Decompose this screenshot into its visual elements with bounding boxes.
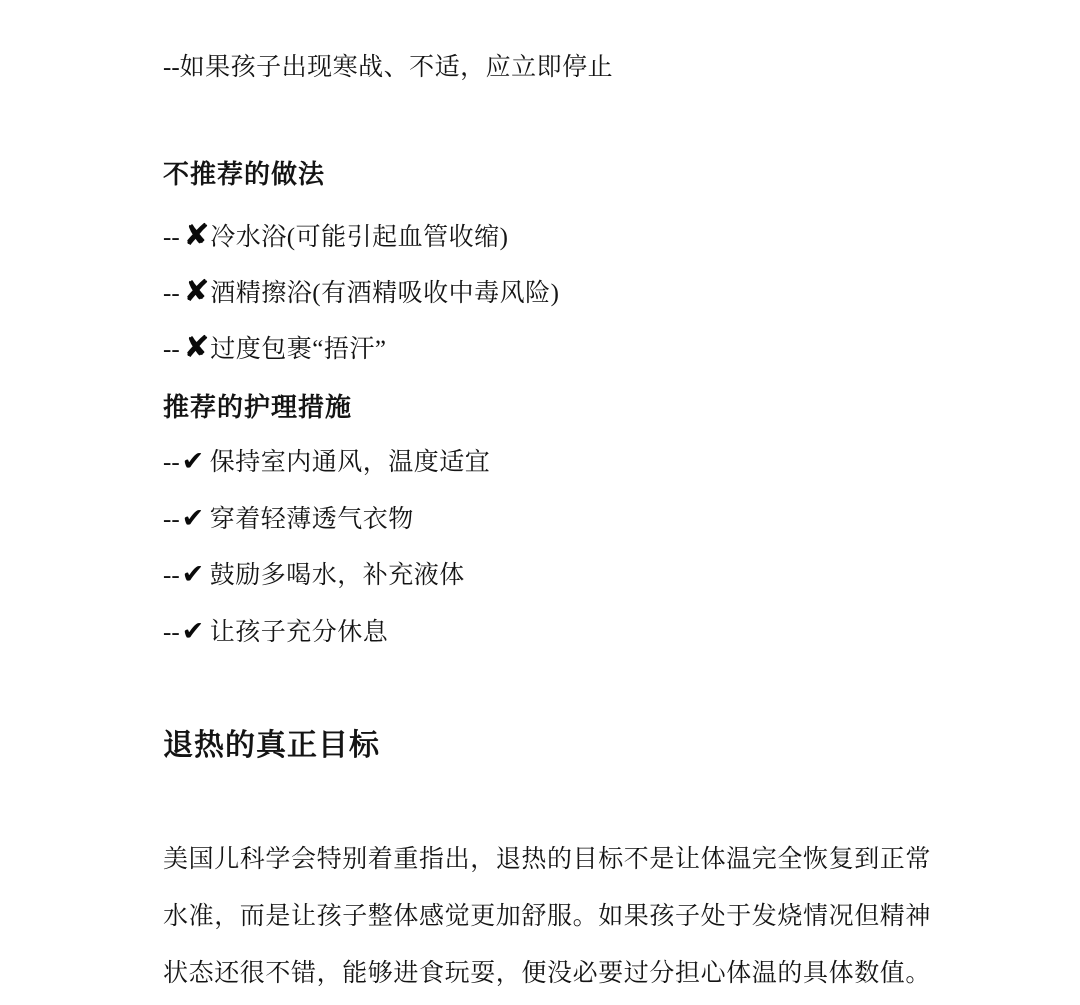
list-item-text: 鼓励多喝水，补充液体 <box>210 562 465 589</box>
dash-prefix: -- <box>163 336 180 363</box>
section-paragraph: 美国儿科学会特别着重指出，退热的目标不是让体温完全恢复到正常水准，而是让孩子整体… <box>163 831 935 1002</box>
list-item-text: 过度包裹“捂汗” <box>210 336 386 363</box>
dash-prefix: -- <box>163 619 180 646</box>
check-icon: ✔ <box>182 561 205 588</box>
list-item: --✔穿着轻薄透气衣物 <box>163 502 414 538</box>
dash-prefix: -- <box>163 562 180 589</box>
dash-prefix: -- <box>163 506 180 533</box>
list-item-text: 酒精擦浴(有酒精吸收中毒风险) <box>210 280 559 307</box>
not-recommended-heading: 不推荐的做法 <box>163 156 325 192</box>
list-item-text: 冷水浴(可能引起血管收缩) <box>210 224 508 251</box>
document-page: --如果孩子出现寒战、不适，应立即停止 不推荐的做法 --✘冷水浴(可能引起血管… <box>0 0 1080 1005</box>
list-item: --✔保持室内通风，温度适宜 <box>163 445 490 481</box>
recommended-heading: 推荐的护理措施 <box>163 389 352 425</box>
list-item: --✘过度包裹“捂汗” <box>163 332 387 368</box>
intro-line-text: 如果孩子出现寒战、不适，应立即停止 <box>180 54 614 81</box>
intro-line: --如果孩子出现寒战、不适，应立即停止 <box>163 50 613 86</box>
dash-prefix: -- <box>163 54 180 81</box>
check-icon: ✔ <box>182 505 205 532</box>
list-item: --✔鼓励多喝水，补充液体 <box>163 558 465 594</box>
section-heading: 退热的真正目标 <box>163 726 380 766</box>
list-item: --✔让孩子充分休息 <box>163 615 388 651</box>
cross-icon: ✘ <box>183 221 210 251</box>
dash-prefix: -- <box>163 449 180 476</box>
cross-icon: ✘ <box>183 277 210 307</box>
list-item-text: 保持室内通风，温度适宜 <box>210 449 491 476</box>
cross-icon: ✘ <box>183 333 210 363</box>
check-icon: ✔ <box>182 448 205 475</box>
dash-prefix: -- <box>163 280 180 307</box>
list-item: --✘酒精擦浴(有酒精吸收中毒风险) <box>163 276 559 312</box>
check-icon: ✔ <box>182 618 205 645</box>
dash-prefix: -- <box>163 224 180 251</box>
list-item-text: 让孩子充分休息 <box>210 619 389 646</box>
list-item-text: 穿着轻薄透气衣物 <box>210 506 414 533</box>
list-item: --✘冷水浴(可能引起血管收缩) <box>163 220 508 256</box>
